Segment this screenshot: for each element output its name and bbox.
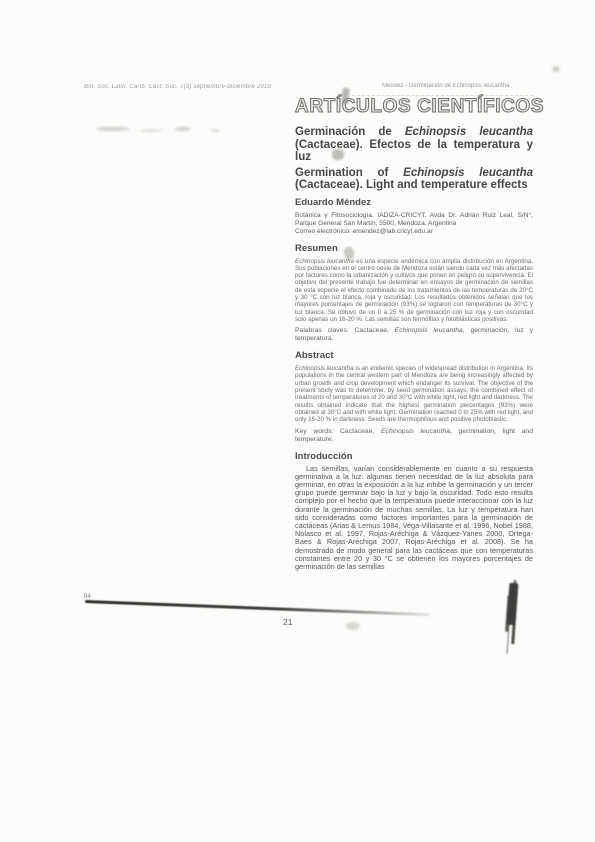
keywords-pre: Key words: Cactaceae, xyxy=(295,428,381,435)
header-journal-ref: Bol. Soc. Latin. Carib. Cact. Suc. 7(3) … xyxy=(84,84,304,90)
resumen-body: es una especie endémica con amplia distr… xyxy=(295,258,533,323)
palabras-pre: Palabras claves: Cactaceae, xyxy=(295,327,395,334)
corner-smudge-artifact xyxy=(552,66,560,72)
article-column: ARTÍCULOS CIENTÍFICOS Germinación de Ech… xyxy=(295,96,533,571)
abstract-species: Echinopsis leucantha xyxy=(295,365,354,372)
abstract-text: Echinopsis leucantha is an endemic speci… xyxy=(295,365,533,423)
palabras-species: Echinopsis leucantha xyxy=(395,327,463,334)
resumen-heading: Resumen xyxy=(295,243,533,254)
scan-edge-rule xyxy=(85,600,430,616)
author-name: Eduardo Méndez xyxy=(295,197,533,208)
palabras-clave: Palabras claves: Cactaceae, Echinopsis l… xyxy=(295,327,533,343)
scan-smudge-3 xyxy=(175,127,191,131)
abstract-body: is an endemic species of widespread dist… xyxy=(295,365,533,423)
article-title-en: Germination of Echinopsis leucantha (Cac… xyxy=(295,167,533,192)
title-en-species: Echinopsis leucantha xyxy=(403,167,533,179)
page-number: 21 xyxy=(283,617,292,627)
abstract-heading: Abstract xyxy=(295,350,533,361)
title-es-species: Echinopsis leucantha xyxy=(405,126,533,138)
footer-smudge-artifact xyxy=(346,622,360,630)
introduccion-heading: Introducción xyxy=(295,451,533,462)
scan-smudge-4 xyxy=(210,129,220,132)
article-title-es: Germinación de Echinopsis leucantha (Cac… xyxy=(295,126,533,164)
author-email: Correo electrónico: emendez@lab.cricyt.e… xyxy=(295,228,533,236)
section-banner: ARTÍCULOS CIENTÍFICOS xyxy=(295,96,533,118)
title-es-post: (Cactaceae). Efectos de la temperatura y… xyxy=(295,139,533,164)
title-es-pre: Germinación de xyxy=(295,126,405,138)
resumen-text: Echinopsis leucantha es una especie endé… xyxy=(295,258,533,324)
title-en-pre: Germination of xyxy=(295,167,403,179)
scanned-page: Bol. Soc. Latin. Carib. Cact. Suc. 7(3) … xyxy=(0,0,595,842)
resumen-species: Echinopsis leucantha xyxy=(295,258,354,265)
header-running-title: Méndez - Germinación de Echinopsis leuca… xyxy=(382,83,537,89)
keywords: Key words: Cactaceae, Echinopsis leucant… xyxy=(295,428,533,444)
author-affiliation: Botánica y Fitosociología. IADIZA-CRICYT… xyxy=(295,212,533,236)
introduccion-text: Las semillas, varían considerablemente e… xyxy=(295,465,533,572)
keywords-species: Echinopsis leucantha xyxy=(381,428,450,435)
ink-blot-artifact xyxy=(507,583,519,626)
title-en-post: (Cactaceae). Light and temperature effec… xyxy=(295,179,528,191)
affiliation-address: Botánica y Fitosociología. IADIZA-CRICYT… xyxy=(295,212,533,227)
scan-smudge-1 xyxy=(96,127,130,131)
scan-smudge-2 xyxy=(140,129,162,132)
